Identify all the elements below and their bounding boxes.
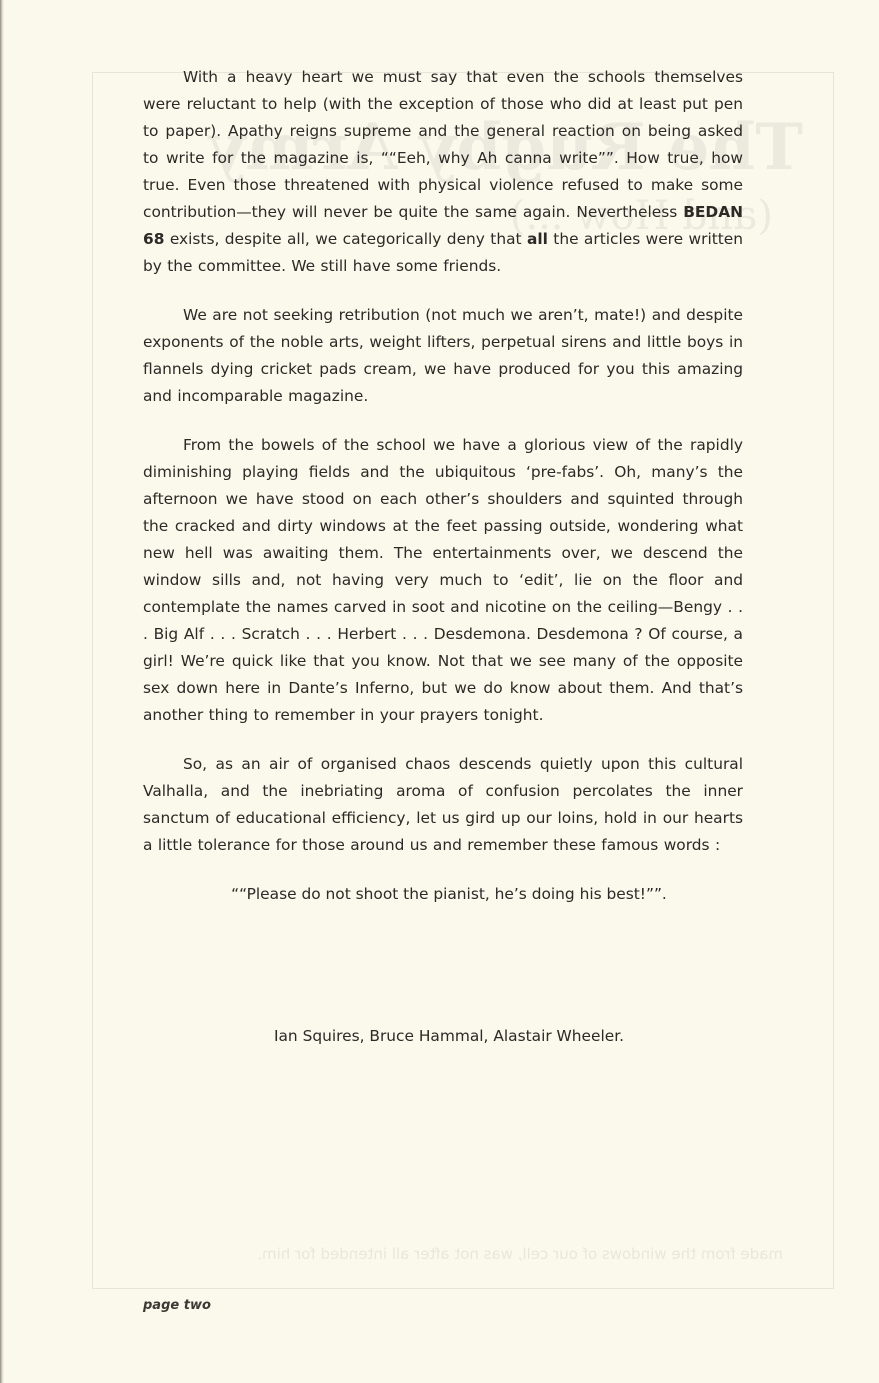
- text-run: We are not seeking retribution (not much…: [143, 306, 743, 405]
- famous-quote: ““Please do not shoot the pianist, he’s …: [143, 881, 743, 908]
- text-run: So, as an air of organised chaos descend…: [143, 755, 743, 854]
- text-run: With a heavy heart we must say that even…: [143, 68, 743, 221]
- bold-text: all: [527, 230, 548, 248]
- scan-page-edge: [0, 0, 4, 1383]
- editorial-body: With a heavy heart we must say that even…: [143, 64, 743, 1050]
- text-run: From the bowels of the school we have a …: [143, 436, 743, 724]
- paragraph: From the bowels of the school we have a …: [143, 432, 743, 729]
- editors-signature: Ian Squires, Bruce Hammal, Alastair Whee…: [143, 1023, 743, 1050]
- paragraph: With a heavy heart we must say that even…: [143, 64, 743, 280]
- bleed-body: made from the windows of our cell, was n…: [93, 1241, 833, 1268]
- text-run: exists, despite all, we categorically de…: [164, 230, 527, 248]
- paragraph: We are not seeking retribution (not much…: [143, 302, 743, 410]
- page-number: page two: [143, 1298, 211, 1313]
- paragraph: So, as an air of organised chaos descend…: [143, 751, 743, 859]
